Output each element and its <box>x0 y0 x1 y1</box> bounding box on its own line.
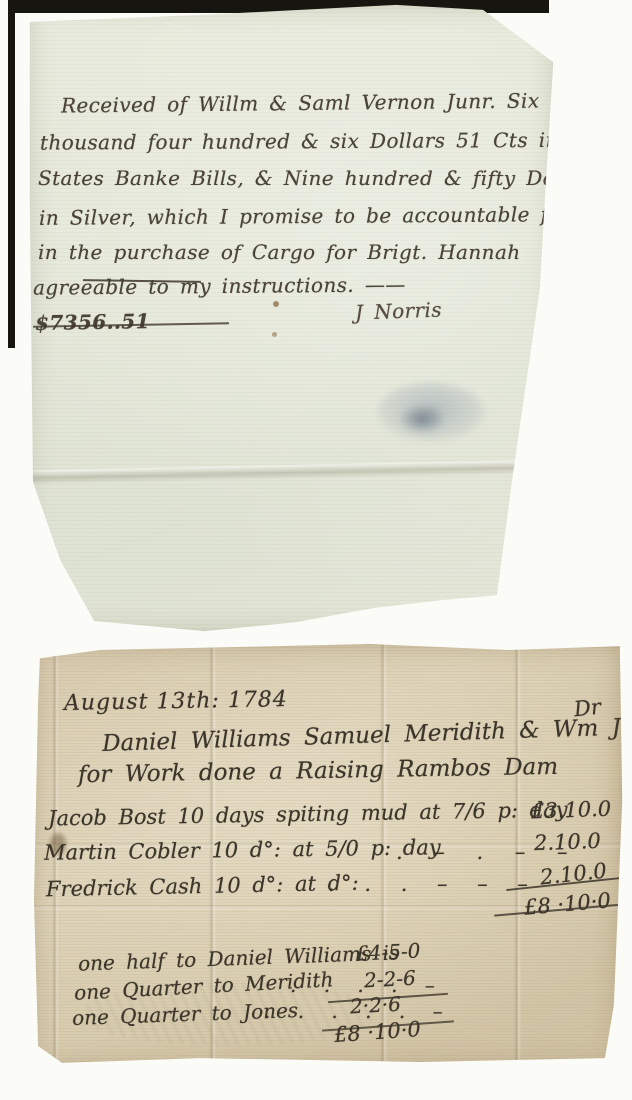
entry-amount: 2.10.0 <box>534 829 602 855</box>
receipt-fold-crease <box>19 459 559 484</box>
entry-amount: £3.10.0 <box>531 797 612 824</box>
division-amount: 2-2-6 <box>363 966 416 993</box>
total-amount: £8 ·10·0 <box>333 1017 421 1047</box>
division-text: one half to Daniel Williams is <box>78 940 400 975</box>
scan-background: Received of Willm & Saml Vernon Junr. Si… <box>0 0 632 1100</box>
receipt-signature: J Norris <box>355 297 443 324</box>
receipt-line: in Silver, which I promise to be account… <box>39 202 571 230</box>
account-heading: Daniel Williams Samuel Meridith & Wm Jon… <box>102 713 632 757</box>
account-heading: for Work done a Raising Rambos Dam <box>78 754 558 788</box>
receipt-line: States Banke Bills, & Nine hundred & fif… <box>38 166 602 190</box>
entry-text: Fredrick Cash 10 d°: at d°: <box>46 871 359 902</box>
dot-leader: . . . – – – <box>328 872 537 896</box>
receipt-document: Received of Willm & Saml Vernon Junr. Si… <box>25 3 557 633</box>
receipt-line: in the purchase of Cargo for Brigt. Hann… <box>38 240 521 264</box>
division-amount: £4-5-0 <box>355 938 421 965</box>
account-date: August 13th: 1784 <box>64 687 288 716</box>
paper-speck <box>273 301 279 307</box>
receipt-line: Received of Willm & Saml Vernon Junr. Si… <box>61 88 540 117</box>
receipt-ink-stain <box>377 383 485 441</box>
paper-speck <box>272 332 277 337</box>
entry-text: Jacob Bost 10 days spiting mud at 7/6 p:… <box>48 797 568 830</box>
receipt-line: agreeable to my instructions. —— <box>33 272 406 299</box>
receipt-total-amount: $7356..51 <box>35 309 150 335</box>
work-account-document: August 13th: 1784 Dr Daniel Williams Sam… <box>28 641 624 1071</box>
receipt-line: thousand four hundred & six Dollars 51 C… <box>40 127 632 154</box>
scan-edge-left <box>8 0 15 348</box>
